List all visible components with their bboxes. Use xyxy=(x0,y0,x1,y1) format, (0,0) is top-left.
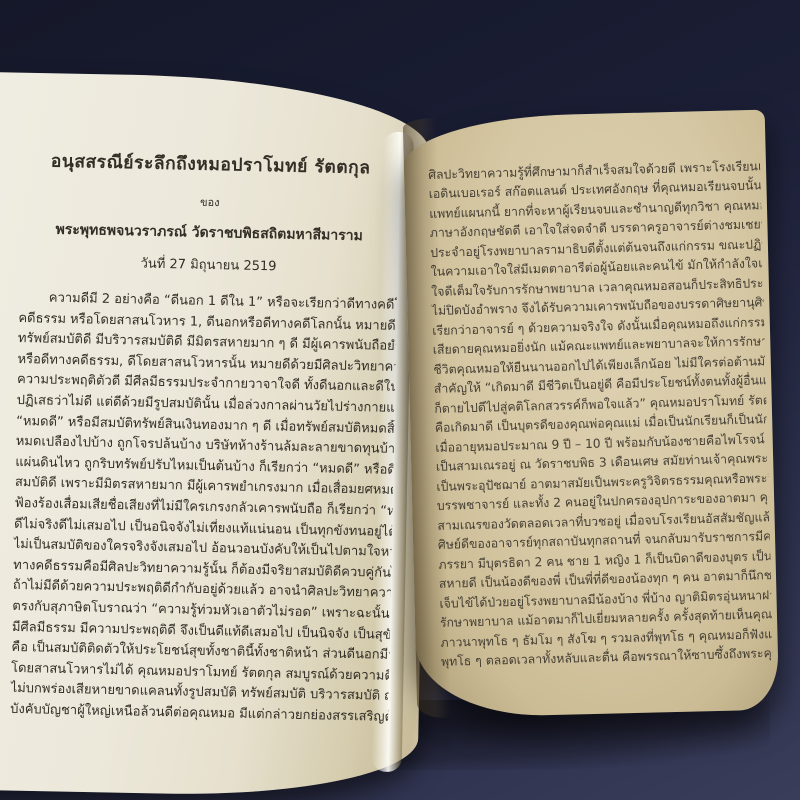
photo-background: อนุสสรณีย์ระลึกถึงหมอปราโมทย์ รัตตกุล ขอ… xyxy=(0,0,800,800)
right-page-body: ศิลปะวิทยาความรู้ที่ศึกษามาก็สำเร็จสมใจด… xyxy=(428,157,773,672)
author-line: พระพุทธพจนวราภรณ์ วัดราชบพิธสถิตมหาสีมาร… xyxy=(20,218,398,248)
left-page-body: ความดีมี 2 อย่างคือ “ดีนอก 1 ดีใน 1” หรื… xyxy=(10,288,397,728)
byline: ของ xyxy=(21,189,399,215)
date-line: วันที่ 27 มิถุนายน 2519 xyxy=(19,250,397,279)
left-page-text: อนุสสรณีย์ระลึกถึงหมอปราโมทย์ รัตตกุล ขอ… xyxy=(10,146,400,728)
